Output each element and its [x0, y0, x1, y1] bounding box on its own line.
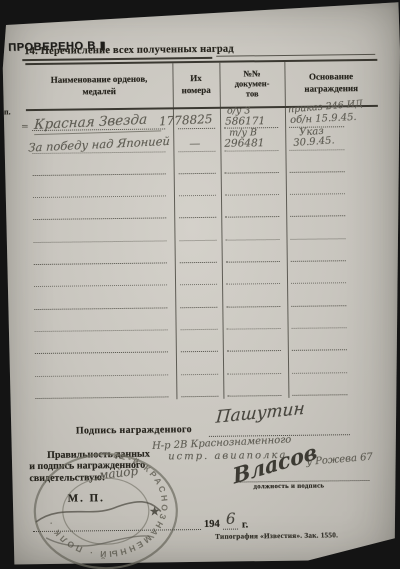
header-text: Наименование орденов, [51, 74, 148, 87]
ruled-line [34, 262, 167, 265]
header-text: Их [190, 73, 202, 85]
year-hand-digit: 6 [226, 510, 236, 528]
section-number: 14. [24, 46, 38, 57]
table-cell [26, 154, 173, 178]
table-cell [222, 242, 287, 265]
ruled-line [226, 306, 280, 308]
title-underline-right [216, 54, 375, 57]
entry-award-number: — [189, 137, 200, 150]
ruled-line [180, 240, 217, 241]
margin-mark: п. [4, 107, 11, 116]
ruled-line [179, 195, 216, 196]
ruled-line [225, 172, 279, 174]
entry-doc-line2: 296481 [224, 137, 264, 149]
table-cell [29, 377, 176, 401]
position-signature-caption: должность и подпись [253, 482, 324, 490]
table-cell [175, 243, 222, 266]
ruled-line [227, 328, 281, 330]
table-cell [28, 243, 175, 267]
entry-doc-line2: 586171 [225, 115, 265, 127]
table-cell [176, 354, 223, 377]
printer-imprint: Типография «Известия». Зак. 1550. [215, 530, 338, 541]
ruled-line [181, 396, 218, 397]
ruled-line [292, 394, 347, 396]
ruled-line [224, 150, 278, 152]
table-cell [175, 309, 222, 332]
ruled-line [179, 217, 216, 218]
table-cell [175, 265, 222, 288]
table-cell [174, 176, 221, 199]
table-cell [27, 221, 174, 245]
table-cell [174, 220, 221, 243]
ruled-line [33, 196, 166, 199]
ruled-line [35, 374, 168, 377]
scanned-document: ПРОВЕРЕНО В ▮ 14. Перечисление всех полу… [0, 0, 400, 569]
table-cell [222, 264, 287, 287]
ruled-line [227, 395, 281, 397]
ruled-line [178, 150, 215, 151]
table-cell [176, 376, 223, 399]
ruled-line [179, 173, 216, 174]
section-title: 14. Перечисление всех полученных наград [24, 44, 234, 58]
entry-award-number: 1778825 [159, 112, 213, 129]
ruled-line [226, 261, 280, 263]
ruled-line [181, 329, 218, 330]
year-prefix: 194 [204, 519, 220, 530]
table-cell [287, 285, 380, 308]
date-line [33, 517, 201, 532]
table-cell [28, 310, 175, 334]
ruled-line [225, 217, 279, 219]
year-suffix: г. [242, 519, 248, 530]
table-cell [223, 375, 288, 398]
ruled-line [227, 373, 281, 375]
header-award-name: Наименование орденов, медалей [25, 63, 173, 109]
ruled-line [290, 216, 345, 218]
ruled-line [227, 350, 281, 352]
ruled-line [289, 149, 344, 151]
ruled-line [292, 349, 347, 351]
ruled-line [225, 194, 279, 196]
ruled-line [226, 239, 280, 241]
table-cell [28, 265, 175, 289]
ruled-line [292, 327, 347, 329]
ruled-line [180, 262, 217, 263]
header-text: номера [182, 85, 211, 97]
ruled-line [291, 283, 346, 285]
ruled-line [34, 307, 167, 310]
table-cell [175, 287, 222, 310]
ruled-line [290, 193, 345, 195]
header-numbers: Их номера [172, 63, 220, 108]
table-cell [27, 198, 174, 222]
header-award-basis: Основание награждения [284, 61, 378, 106]
table-cell [286, 218, 379, 241]
ruled-line [35, 352, 168, 355]
header-text: медалей [82, 86, 116, 98]
table-cell [285, 151, 378, 174]
table-cell [287, 263, 380, 286]
ruled-line [290, 171, 345, 173]
row-mark: = [21, 122, 29, 132]
ruled-line [35, 396, 168, 399]
ruled-line [180, 306, 217, 307]
table-cell [288, 374, 381, 397]
awardee-signature-label: Подпись награжденного [76, 424, 192, 436]
round-regiment-seal: 22-й КРАСНОЗНАМЕННЫЙ · ПОЛК · [17, 440, 204, 569]
table-cell [288, 352, 381, 375]
table-cell [27, 176, 174, 200]
ruled-line [181, 373, 218, 374]
ruled-line [181, 351, 218, 352]
ruled-line [291, 305, 346, 307]
ruled-line [33, 173, 166, 176]
table-cell [174, 198, 221, 221]
ruled-line [34, 285, 167, 288]
table-cell [287, 307, 380, 330]
ruled-line [34, 240, 167, 243]
header-text: тов [246, 89, 259, 99]
table-cell [287, 241, 380, 264]
ruled-line [35, 329, 168, 332]
table-cell [176, 332, 223, 355]
ruled-line [291, 238, 346, 240]
ruled-line [178, 128, 215, 129]
table-cell [223, 353, 288, 376]
table-cell [28, 288, 175, 312]
table-cell [223, 331, 288, 354]
section-title-text: Перечисление всех полученных наград [41, 44, 234, 57]
table-cell [221, 197, 286, 220]
ruled-line [292, 372, 347, 374]
ruled-line [226, 283, 280, 285]
table-cell [222, 309, 287, 332]
table-cell [222, 286, 287, 309]
header-document-numbers: №№ докумен- тов [219, 62, 285, 107]
table-cell [221, 219, 286, 242]
table-cell [221, 175, 286, 198]
position-signature-line [239, 468, 369, 483]
table-row [29, 374, 381, 401]
table-cell [286, 196, 379, 219]
table-cell [220, 153, 285, 176]
page-content: ПРОВЕРЕНО В ▮ 14. Перечисление всех полу… [0, 0, 400, 569]
ruled-line [33, 218, 166, 221]
table-cell [288, 330, 381, 353]
table-cell [173, 153, 220, 176]
ruled-line [180, 284, 217, 285]
table-cell [29, 332, 176, 356]
table-cell [286, 174, 379, 197]
ruled-line [291, 260, 346, 262]
header-text: награждения [304, 83, 358, 95]
table-cell [29, 355, 176, 379]
header-text: Основание [309, 71, 353, 83]
